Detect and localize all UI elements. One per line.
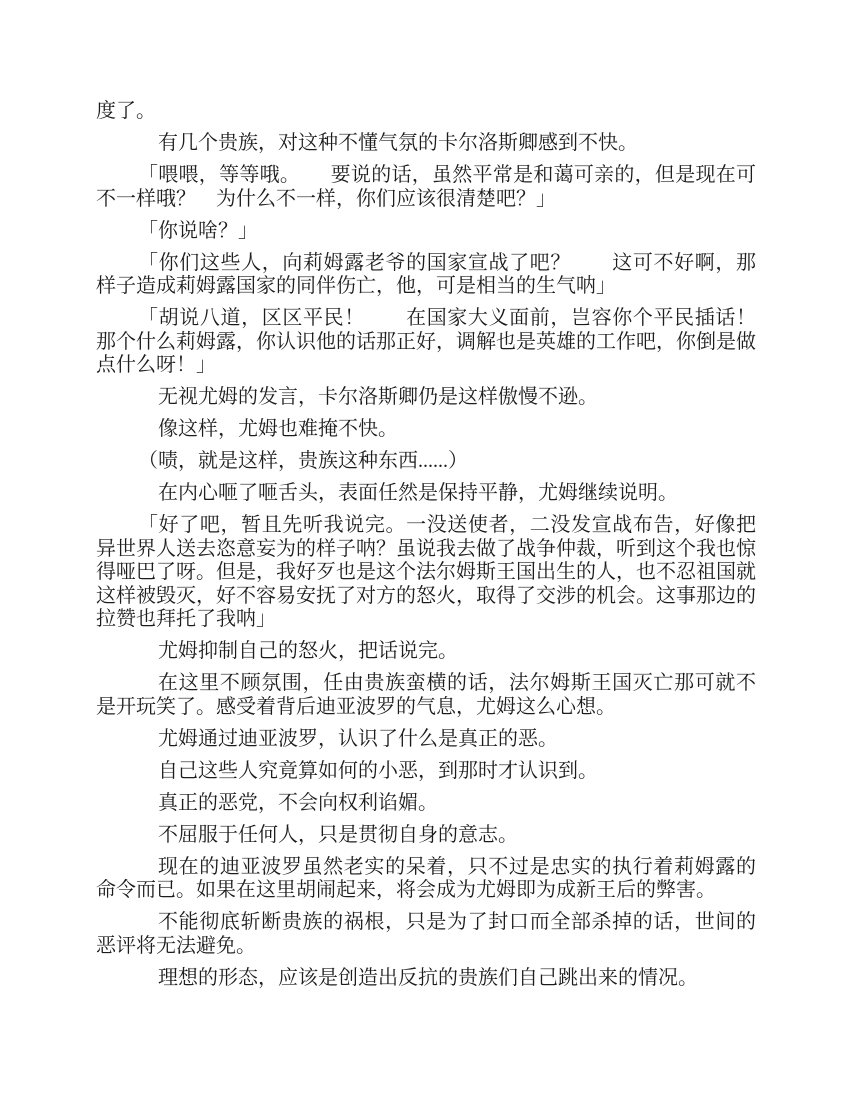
paragraph: 真正的恶党，不会向权利谄媚。 <box>96 792 756 816</box>
paragraph: 在内心咂了咂舌头，表面任然是保持平静，尤姆继续说明。 <box>96 482 756 506</box>
paragraph: 像这样，尤姆也难掩不快。 <box>96 418 756 442</box>
paragraph: 有几个贵族，对这种不懂气氛的卡尔洛斯卿感到不快。 <box>96 132 756 156</box>
paragraph: 「好了吧，暂且先听我说完。一没送使者，二没发宣战布告，好像把异世界人送去恣意妄为… <box>96 514 756 632</box>
paragraph: 尤姆通过迪亚波罗，认识了什么是真正的恶。 <box>96 728 756 752</box>
paragraph: 自己这些人究竟算如何的小恶，到那时才认识到。 <box>96 760 756 784</box>
paragraph: 「胡说八道，区区平民！ 在国家大义面前，岂容你个平民插话！那个什么莉姆露，你认识… <box>96 307 756 378</box>
paragraph: 度了。 <box>96 100 756 124</box>
paragraph: 「你说啥？」 <box>96 220 756 244</box>
novel-text-page: 度了。 有几个贵族，对这种不懂气氛的卡尔洛斯卿感到不快。 「喂喂，等等哦。 要说… <box>0 0 850 1100</box>
paragraph: （啧，就是这样，贵族这种东西......） <box>96 450 756 474</box>
paragraph: 在这里不顾氛围，任由贵族蛮横的话，法尔姆斯王国灭亡那可就不是开玩笑了。感受着背后… <box>96 672 756 719</box>
paragraph: 理想的形态，应该是创造出反抗的贵族们自己跳出来的情况。 <box>96 967 756 991</box>
paragraph: 尤姆抑制自己的怒火，把话说完。 <box>96 640 756 664</box>
paragraph: 不能彻底斩断贵族的祸根，只是为了封口而全部杀掉的话，世间的恶评将无法避免。 <box>96 911 756 958</box>
paragraph: 现在的迪亚波罗虽然老实的呆着，只不过是忠实的执行着莉姆露的命令而已。如果在这里胡… <box>96 856 756 903</box>
paragraph: 不屈服于任何人，只是贯彻自身的意志。 <box>96 824 756 848</box>
paragraph: 「你们这些人，向莉姆露老爷的国家宣战了吧？ 这可不好啊，那样子造成莉姆露国家的同… <box>96 252 756 299</box>
paragraph: 「喂喂，等等哦。 要说的话，虽然平常是和蔼可亲的，但是现在可不一样哦？ 为什么不… <box>96 164 756 211</box>
paragraph: 无视尤姆的发言，卡尔洛斯卿仍是这样傲慢不逊。 <box>96 386 756 410</box>
